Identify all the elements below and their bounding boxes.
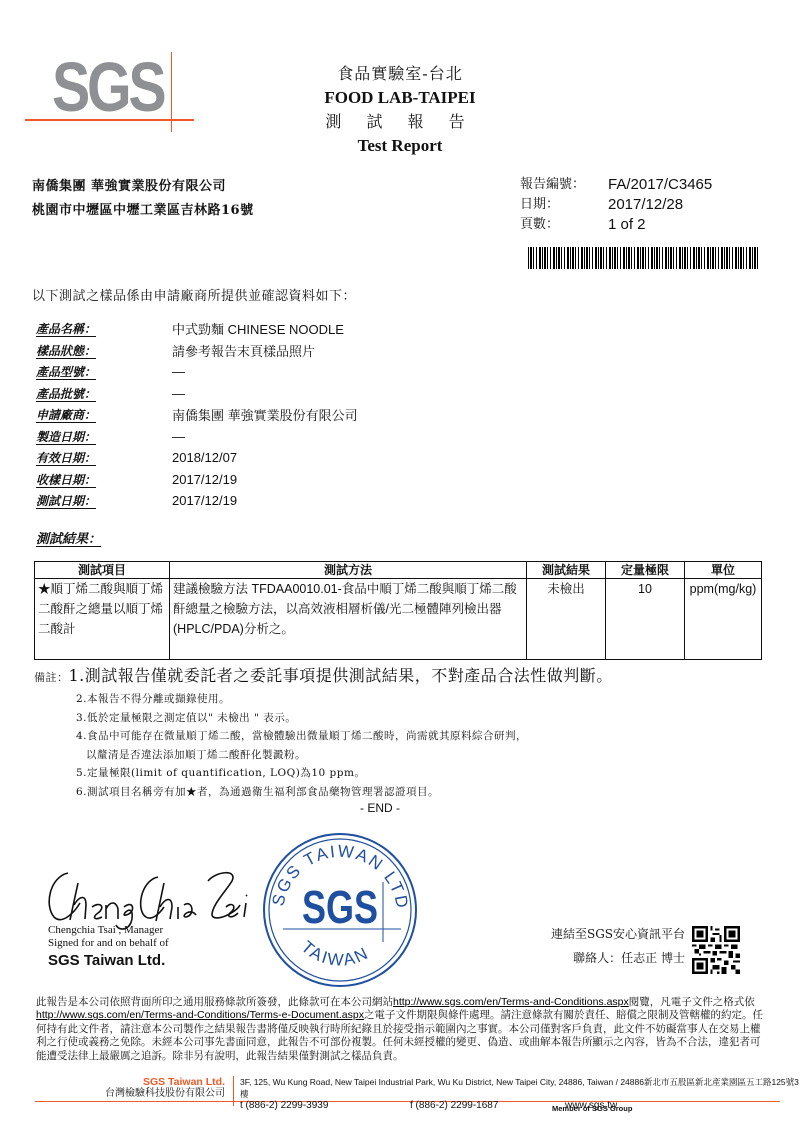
- meta-pages: 頁數： 1 of 2: [520, 215, 712, 235]
- cell-method: 建議檢驗方法 TFDAA0010.01-食品中順丁烯二酸與順丁烯二酸酐總量之檢驗…: [170, 579, 527, 660]
- client-address: 桃園市中壢區中壢工業區吉林路16號: [32, 199, 254, 223]
- meta-value: 1 of 2: [608, 215, 646, 235]
- col-header-loq: 定量極限: [606, 562, 685, 579]
- report-title-en: Test Report: [250, 134, 550, 158]
- info-value: 2017/12/19: [172, 493, 237, 508]
- note-3: 3.低於定量極限之測定值以" 未檢出 " 表示。: [34, 709, 613, 728]
- info-label: 產品型號：: [36, 363, 172, 380]
- footer-brand-cn: 台灣檢驗科技股份有限公司: [90, 1088, 225, 1100]
- info-label: 樣品狀態：: [36, 342, 172, 359]
- signatory-behalf: Signed for and on behalf of: [48, 937, 169, 950]
- info-row: 產品名稱：中式勁麵 CHINESE NOODLE: [36, 318, 358, 340]
- meta-label: 頁數：: [520, 215, 608, 235]
- meta-label: 日期：: [520, 195, 608, 215]
- info-label: 收樣日期：: [36, 471, 172, 488]
- info-label: 產品批號：: [36, 385, 172, 402]
- info-row: 製造日期：—: [36, 426, 358, 448]
- cell-item: ★順丁烯二酸與順丁烯二酸酐之總量以順丁烯二酸計: [35, 579, 170, 660]
- lab-name-cn: 食品實驗室-台北: [250, 62, 550, 86]
- signatory: Chengchia Tsai , Manager Signed for and …: [48, 924, 169, 950]
- footer-member: Member of SGS Group: [552, 1104, 632, 1113]
- client-name: 南僑集團 華強實業股份有限公司: [32, 175, 254, 199]
- signature-icon: [40, 855, 260, 930]
- footer-fax: f (886-2) 2299-1687: [410, 1100, 565, 1112]
- info-value: 2017/12/19: [172, 472, 237, 487]
- info-row: 申請廠商：南僑集團 華強實業股份有限公司: [36, 404, 358, 426]
- note-1: 備註：1.測試報告僅就委託者之委託事項提供測試結果，不對產品合法性做判斷。: [34, 664, 613, 690]
- footer-brand: SGS Taiwan Ltd. 台灣檢驗科技股份有限公司: [90, 1076, 225, 1100]
- note-4: 4.食品中可能存在微量順丁烯二酸，當檢體驗出微量順丁烯二酸時，尚需就其原料綜合研…: [34, 727, 613, 746]
- intro-text: 以下測試之樣品係由申請廠商所提供並確認資料如下：: [32, 285, 356, 304]
- col-header-method: 測試方法: [170, 562, 527, 579]
- table-header-row: 測試項目 測試方法 測試結果 定量極限 單位: [35, 562, 762, 579]
- stamp-bottom-text: TAIWAN: [298, 937, 373, 970]
- meta-report-number: 報告編號： FA/2017/C3465: [520, 175, 712, 195]
- info-value: 中式勁麵 CHINESE NOODLE: [172, 319, 344, 338]
- info-value: 南僑集團 華強實業股份有限公司: [172, 405, 358, 424]
- results-heading: 測試結果：: [36, 528, 101, 547]
- footer-phone-row: t (886-2) 2299-3939 f (886-2) 2299-1687 …: [240, 1100, 800, 1112]
- results-table: 測試項目 測試方法 測試結果 定量極限 單位 ★順丁烯二酸與順丁烯二酸酐之總量以…: [34, 561, 762, 660]
- logo-orange-vline: [171, 52, 172, 132]
- footer-brand-en: SGS Taiwan Ltd.: [90, 1076, 225, 1088]
- product-info: 產品名稱：中式勁麵 CHINESE NOODLE 樣品狀態：請參考報告末頁樣品照…: [36, 318, 358, 512]
- footer-contact: 3F, 125, Wu Kung Road, New Taipei Indust…: [240, 1076, 800, 1112]
- meta-value: 2017/12/28: [608, 195, 683, 215]
- meta-date: 日期： 2017/12/28: [520, 195, 712, 215]
- info-label: 申請廠商：: [36, 406, 172, 423]
- meta-value: FA/2017/C3465: [608, 175, 712, 195]
- cell-unit: ppm(mg/kg): [685, 579, 762, 660]
- table-row: ★順丁烯二酸與順丁烯二酸酐之總量以順丁烯二酸計 建議檢驗方法 TFDAA0010…: [35, 579, 762, 660]
- cell-loq: 10: [606, 579, 685, 660]
- svg-text:TAIWAN: TAIWAN: [298, 937, 373, 970]
- terms-e-document-link[interactable]: http://www.sgs.com/en/Terms-and-Conditio…: [36, 1009, 364, 1021]
- note-5: 5.定量極限(limit of quantification, LOQ)為10 …: [34, 764, 613, 783]
- meta-label: 報告編號：: [520, 175, 608, 195]
- info-label: 有效日期：: [36, 449, 172, 466]
- footer-address: 3F, 125, Wu Kung Road, New Taipei Indust…: [240, 1076, 800, 1100]
- qr-code-icon[interactable]: [692, 926, 740, 974]
- info-row: 產品型號：—: [36, 361, 358, 383]
- cell-result: 未檢出: [527, 579, 606, 660]
- client-info: 南僑集團 華強實業股份有限公司 桃園市中壢區中壢工業區吉林路16號: [32, 175, 254, 223]
- signatory-name: Chengchia Tsai , Manager: [48, 924, 169, 937]
- note-6: 6.測試項目名稱旁有加★者，為通過衛生福利部食品藥物管理署認證項目。: [34, 783, 613, 802]
- info-row: 產品批號：—: [36, 383, 358, 405]
- sgs-stamp-icon: SGS TAIWAN LTD SGS TAIWAN: [255, 830, 425, 990]
- barcode-icon: [528, 247, 758, 269]
- col-header-item: 測試項目: [35, 562, 170, 579]
- info-platform-link[interactable]: 連結至SGS安心資訊平台: [525, 922, 685, 946]
- info-label: 製造日期：: [36, 428, 172, 445]
- contact-block: 連結至SGS安心資訊平台 聯絡人：任志正 博士: [525, 922, 685, 970]
- terms-link[interactable]: http://www.sgs.com/en/Terms-and-Conditio…: [393, 996, 629, 1008]
- signatory-company: SGS Taiwan Ltd.: [48, 952, 165, 969]
- info-value: 請參考報告末頁樣品照片: [172, 341, 315, 360]
- col-header-result: 測試結果: [527, 562, 606, 579]
- info-row: 樣品狀態：請參考報告末頁樣品照片: [36, 340, 358, 362]
- note-2: 2.本報告不得分離或擷錄使用。: [34, 690, 613, 709]
- report-title-cn: 測 試 報 告: [250, 110, 550, 134]
- contact-person: 聯絡人：任志正 博士: [525, 946, 685, 970]
- info-value: —: [172, 364, 185, 379]
- disclaimer: 此報告是本公司依照背面所印之通用服務條款所簽發，此條款可在本公司網站http:/…: [36, 996, 766, 1063]
- info-row: 測試日期：2017/12/19: [36, 490, 358, 512]
- info-label: 測試日期：: [36, 492, 172, 509]
- info-row: 有效日期：2018/12/07: [36, 447, 358, 469]
- footer-tel: t (886-2) 2299-3939: [240, 1100, 410, 1112]
- stamp-center-text: SGS: [302, 882, 378, 933]
- info-value: —: [172, 386, 185, 401]
- note-4-cont: 以釐清是否違法添加順丁烯二酸酐化製澱粉。: [34, 746, 613, 765]
- col-header-unit: 單位: [685, 562, 762, 579]
- info-value: 2018/12/07: [172, 450, 237, 465]
- info-label: 產品名稱：: [36, 320, 172, 337]
- logo-orange-line: [25, 119, 194, 121]
- lab-name-en: FOOD LAB-TAIPEI: [250, 86, 550, 110]
- info-row: 收樣日期：2017/12/19: [36, 469, 358, 491]
- info-value: —: [172, 429, 185, 444]
- end-marker: - END -: [360, 801, 400, 815]
- report-meta: 報告編號： FA/2017/C3465 日期： 2017/12/28 頁數： 1…: [520, 175, 712, 235]
- sgs-logo: SGS: [52, 52, 163, 122]
- notes-prefix: 備註：: [34, 671, 69, 684]
- notes: 備註：1.測試報告僅就委託者之委託事項提供測試結果，不對產品合法性做判斷。 2.…: [34, 664, 613, 801]
- report-title-block: 食品實驗室-台北 FOOD LAB-TAIPEI 測 試 報 告 Test Re…: [250, 62, 550, 158]
